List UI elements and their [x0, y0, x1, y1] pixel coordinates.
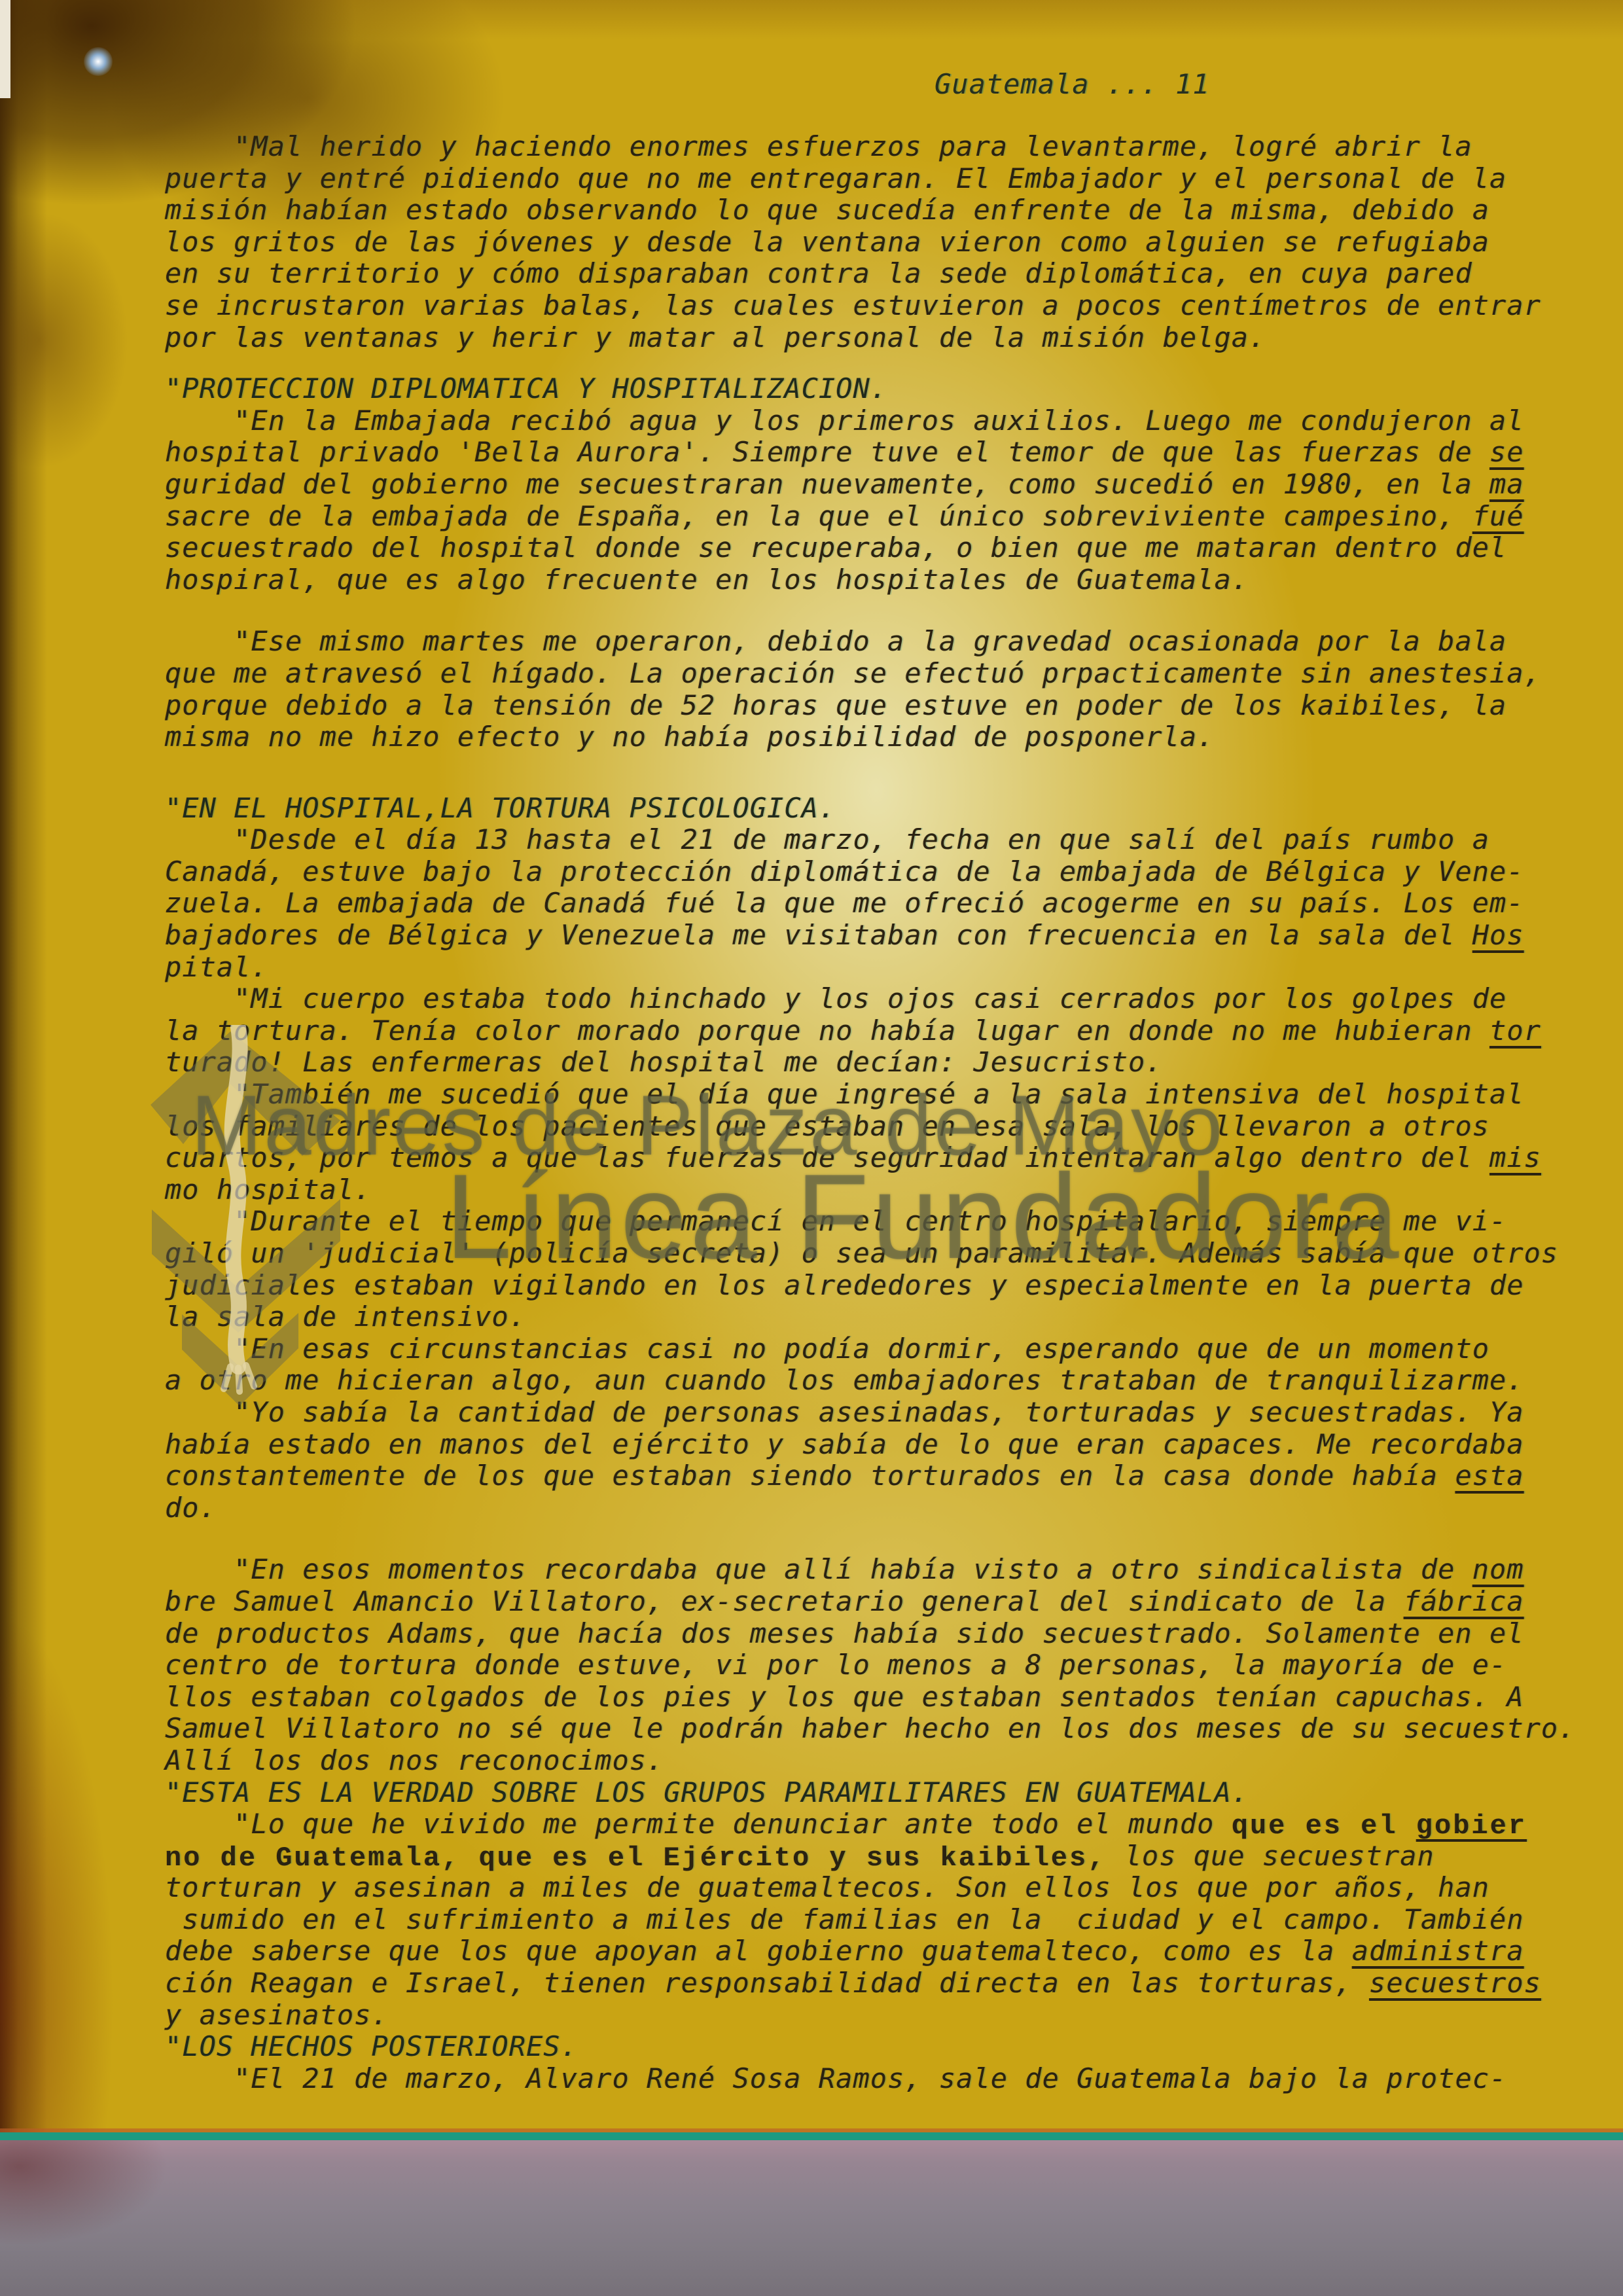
text-segment: que me atravesó el hígado. La operación … [165, 657, 1541, 689]
text-line: giló un 'judicial' (policía secreta) o s… [165, 1238, 1605, 1270]
text-segment: gobier [1416, 1810, 1527, 1842]
text-segment: por las ventanas y herir y matar al pers… [165, 321, 1266, 353]
page-header: Guatemala ... 11 [935, 68, 1210, 100]
text-line: los familiares de los pacientes que esta… [165, 1111, 1605, 1143]
text-line: "Mal herido y haciendo enormes esfuerzos… [165, 131, 1605, 163]
text-segment: hospital privado 'Bella Aurora'. Siempre… [165, 436, 1489, 468]
scanned-paper-sheet: Guatemala ... 11 "Mal herido y haciendo … [0, 0, 1623, 2136]
text-segment: "EN EL HOSPITAL,LA TORTURA PSICOLOGICA. [165, 792, 836, 824]
text-line: "Ese mismo martes me operaron, debido a … [165, 626, 1605, 658]
text-segment: fué [1472, 500, 1524, 532]
text-line: centro de tortura donde estuve, vi por l… [165, 1649, 1605, 1681]
blank-space [165, 353, 1605, 373]
text-line: llos estaban colgados de los pies y los … [165, 1681, 1605, 1713]
text-segment: se incrustaron varias balas, las cuales … [165, 289, 1541, 321]
text-segment: los familiares de los pacientes que esta… [165, 1110, 1489, 1142]
text-line: "Yo sabía la cantidad de personas asesin… [165, 1397, 1605, 1429]
text-segment: fábrica [1404, 1585, 1524, 1617]
text-line: Samuel Villatoro no sé que le podrán hab… [165, 1713, 1605, 1745]
text-segment: Samuel Villatoro no sé que le podrán hab… [165, 1712, 1575, 1744]
paper-bottom-teal-edge [0, 2132, 1623, 2140]
text-line: misión habían estado observando lo que s… [165, 194, 1605, 226]
text-segment: giló un 'judicial' (policía secreta) o s… [165, 1237, 1558, 1269]
text-line: la tortura. Tenía color morado porque no… [165, 1015, 1605, 1047]
text-segment: "Yo sabía la cantidad de personas asesin… [165, 1396, 1524, 1428]
text-segment: "LOS HECHOS POSTERIORES. [165, 2030, 578, 2062]
text-line: guridad del gobierno me secuestraran nue… [165, 469, 1605, 501]
text-segment: sumido en el sufrimiento a miles de fami… [165, 1903, 1524, 1935]
text-segment: puerta y entré pidiendo que no me entreg… [165, 162, 1507, 194]
text-segment: secuestros [1369, 1967, 1541, 1999]
text-line: se incrustaron varias balas, las cuales … [165, 290, 1605, 322]
text-segment: Canadá, estuve bajo la protección diplom… [165, 855, 1524, 888]
text-segment: los que secuestran [1125, 1840, 1435, 1872]
text-segment: "Desde el día 13 hasta el 21 de marzo, f… [165, 823, 1489, 855]
text-segment: "PROTECCION DIPLOMATICA Y HOSPITALIZACIO… [165, 372, 887, 404]
text-line: los gritos de las jóvenes y desde la ven… [165, 226, 1605, 259]
text-line: "También me sucedió que el día que ingre… [165, 1079, 1605, 1111]
text-line: "Lo que he vivido me permite denunciar a… [165, 1808, 1605, 1840]
text-line: "Desde el día 13 hasta el 21 de marzo, f… [165, 824, 1605, 856]
staple-glint [84, 47, 113, 76]
text-segment: pital. [165, 951, 268, 983]
text-line: bre Samuel Amancio Villatoro, ex-secreta… [165, 1586, 1605, 1618]
text-line: zuela. La embajada de Canadá fué la que … [165, 888, 1605, 920]
text-line: sacre de la embajada de España, en la qu… [165, 501, 1605, 533]
text-segment: zuela. La embajada de Canadá fué la que … [165, 887, 1524, 919]
text-line: "En esas circunstancias casi no podía do… [165, 1333, 1605, 1365]
section-heading: "PROTECCION DIPLOMATICA Y HOSPITALIZACIO… [165, 373, 1605, 405]
text-line: de productos Adams, que hacía dos meses … [165, 1618, 1605, 1650]
text-line: no de Guatemala, que es el Ejército y su… [165, 1840, 1605, 1873]
blank-space [165, 753, 1605, 793]
text-segment: bajadores de Bélgica y Venezuela me visi… [165, 919, 1472, 951]
text-segment: sacre de la embajada de España, en la qu… [165, 500, 1472, 532]
text-segment: judiciales estaban vigilando en los alre… [165, 1269, 1524, 1301]
text-line: "En la Embajada recibó agua y los primer… [165, 405, 1605, 437]
text-line: "Mi cuerpo estaba todo hinchado y los oj… [165, 983, 1605, 1015]
text-segment: centro de tortura donde estuve, vi por l… [165, 1649, 1507, 1681]
scanner-background [0, 2140, 1623, 2296]
text-line: pital. [165, 952, 1605, 984]
text-segment: que es el [1232, 1810, 1416, 1842]
text-segment: guridad del gobierno me secuestraran nue… [165, 468, 1489, 500]
text-segment: y asesinatos. [165, 1999, 389, 2031]
text-segment: se [1489, 436, 1524, 468]
text-line: "En esos momentos recordaba que allí hab… [165, 1554, 1605, 1586]
text-segment: mo hospital. [165, 1174, 371, 1206]
text-segment: a otro me hicieran algo, aun cuando los … [165, 1364, 1524, 1396]
blank-space [165, 596, 1605, 626]
text-line: mo hospital. [165, 1174, 1605, 1206]
text-segment: "Lo que he vivido me permite denunciar a… [165, 1808, 1232, 1840]
text-line: turado! Las enfermeras del hospital me d… [165, 1047, 1605, 1079]
text-segment: "En esos momentos recordaba que allí hab… [165, 1553, 1472, 1585]
text-segment: do. [165, 1492, 217, 1524]
text-line: Allí los dos nos reconocimos. [165, 1745, 1605, 1777]
text-segment: nom [1472, 1553, 1524, 1585]
text-segment: llos estaban colgados de los pies y los … [165, 1681, 1524, 1713]
text-line: sumido en el sufrimiento a miles de fami… [165, 1904, 1605, 1936]
scanner-edge-sliver [0, 0, 10, 98]
text-segment: debe saberse que los que apoyan al gobie… [165, 1935, 1352, 1967]
text-line: torturan y asesinan a miles de guatemalt… [165, 1872, 1605, 1904]
text-segment: "En la Embajada recibó agua y los primer… [165, 404, 1524, 437]
text-segment: no de Guatemala, que es el Ejército y su… [165, 1842, 1125, 1874]
section-heading: "EN EL HOSPITAL,LA TORTURA PSICOLOGICA. [165, 793, 1605, 825]
text-segment: "Mal herido y haciendo enormes esfuerzos… [165, 130, 1472, 162]
text-segment: de productos Adams, que hacía dos meses … [165, 1617, 1524, 1649]
text-segment: ma [1489, 468, 1524, 500]
text-segment: tor [1489, 1014, 1541, 1047]
text-segment: secuestrado del hospital donde se recupe… [165, 531, 1507, 564]
text-line: secuestrado del hospital donde se recupe… [165, 532, 1605, 564]
text-segment: misión habían estado observando lo que s… [165, 194, 1489, 226]
text-line: hospital privado 'Bella Aurora'. Siempre… [165, 437, 1605, 469]
text-segment: la tortura. Tenía color morado porque no… [165, 1014, 1489, 1047]
text-segment: Hos [1472, 919, 1524, 951]
text-segment: constantemente de los que estaban siendo… [165, 1460, 1455, 1492]
text-line: puerta y entré pidiendo que no me entreg… [165, 163, 1605, 195]
document-body: "Mal herido y haciendo enormes esfuerzos… [165, 131, 1605, 2094]
text-segment: "En esas circunstancias casi no podía do… [165, 1333, 1489, 1365]
text-line: hospiral, que es algo frecuente en los h… [165, 564, 1605, 596]
text-line: porque debido a la tensión de 52 horas q… [165, 690, 1605, 722]
text-line: en su territorio y cómo disparaban contr… [165, 258, 1605, 290]
text-line: debe saberse que los que apoyan al gobie… [165, 1935, 1605, 1967]
text-line: ción Reagan e Israel, tienen responsabil… [165, 1967, 1605, 2000]
text-segment: hospiral, que es algo frecuente en los h… [165, 564, 1249, 596]
text-line: "Durante el tiempo que permanecí en el c… [165, 1206, 1605, 1238]
text-line: Canadá, estuve bajo la protección diplom… [165, 856, 1605, 888]
text-line: judiciales estaban vigilando en los alre… [165, 1270, 1605, 1302]
text-line: y asesinatos. [165, 2000, 1605, 2032]
text-line: por las ventanas y herir y matar al pers… [165, 322, 1605, 354]
text-line: cuartos, por temos a que las fuerzas de … [165, 1142, 1605, 1174]
text-line: do. [165, 1492, 1605, 1524]
text-segment: torturan y asesinan a miles de guatemalt… [165, 1871, 1489, 1903]
text-line: a otro me hicieran algo, aun cuando los … [165, 1365, 1605, 1397]
text-segment: porque debido a la tensión de 52 horas q… [165, 689, 1507, 721]
text-line: había estado en manos del ejército y sab… [165, 1429, 1605, 1461]
text-line: bajadores de Bélgica y Venezuela me visi… [165, 920, 1605, 952]
text-segment: "Mi cuerpo estaba todo hinchado y los oj… [165, 982, 1507, 1014]
text-line: constantemente de los que estaban siendo… [165, 1460, 1605, 1492]
section-heading: "LOS HECHOS POSTERIORES. [165, 2031, 1605, 2063]
text-segment: administra [1352, 1935, 1524, 1967]
text-line: "El 21 de marzo, Alvaro René Sosa Ramos,… [165, 2063, 1605, 2095]
text-segment: "También me sucedió que el día que ingre… [165, 1078, 1524, 1110]
section-heading: "ESTA ES LA VERDAD SOBRE LOS GRUPOS PARA… [165, 1777, 1605, 1809]
text-segment: Allí los dos nos reconocimos. [165, 1744, 664, 1776]
text-segment: "Durante el tiempo que permanecí en el c… [165, 1205, 1507, 1237]
text-segment: ción Reagan e Israel, tienen responsabil… [165, 1967, 1369, 1999]
text-line: que me atravesó el hígado. La operación … [165, 658, 1605, 690]
text-segment: la sala de intensivo. [165, 1300, 526, 1333]
text-segment: en su territorio y cómo disparaban contr… [165, 257, 1472, 289]
text-segment: esta [1455, 1460, 1524, 1492]
text-line: misma no me hizo efecto y no había posib… [165, 721, 1605, 753]
text-segment: misma no me hizo efecto y no había posib… [165, 721, 1214, 753]
text-segment: los gritos de las jóvenes y desde la ven… [165, 226, 1489, 258]
text-segment: "Ese mismo martes me operaron, debido a … [165, 625, 1507, 657]
text-line: la sala de intensivo. [165, 1301, 1605, 1333]
text-segment: "El 21 de marzo, Alvaro René Sosa Ramos,… [165, 2062, 1507, 2094]
text-segment: bre Samuel Amancio Villatoro, ex-secreta… [165, 1585, 1404, 1617]
blank-space [165, 1524, 1605, 1554]
text-segment: había estado en manos del ejército y sab… [165, 1428, 1524, 1460]
text-segment: turado! Las enfermeras del hospital me d… [165, 1046, 1163, 1078]
text-segment: cuartos, por temos a que las fuerzas de … [165, 1141, 1489, 1174]
text-segment: mis [1489, 1141, 1541, 1174]
text-segment: "ESTA ES LA VERDAD SOBRE LOS GRUPOS PARA… [165, 1776, 1249, 1808]
